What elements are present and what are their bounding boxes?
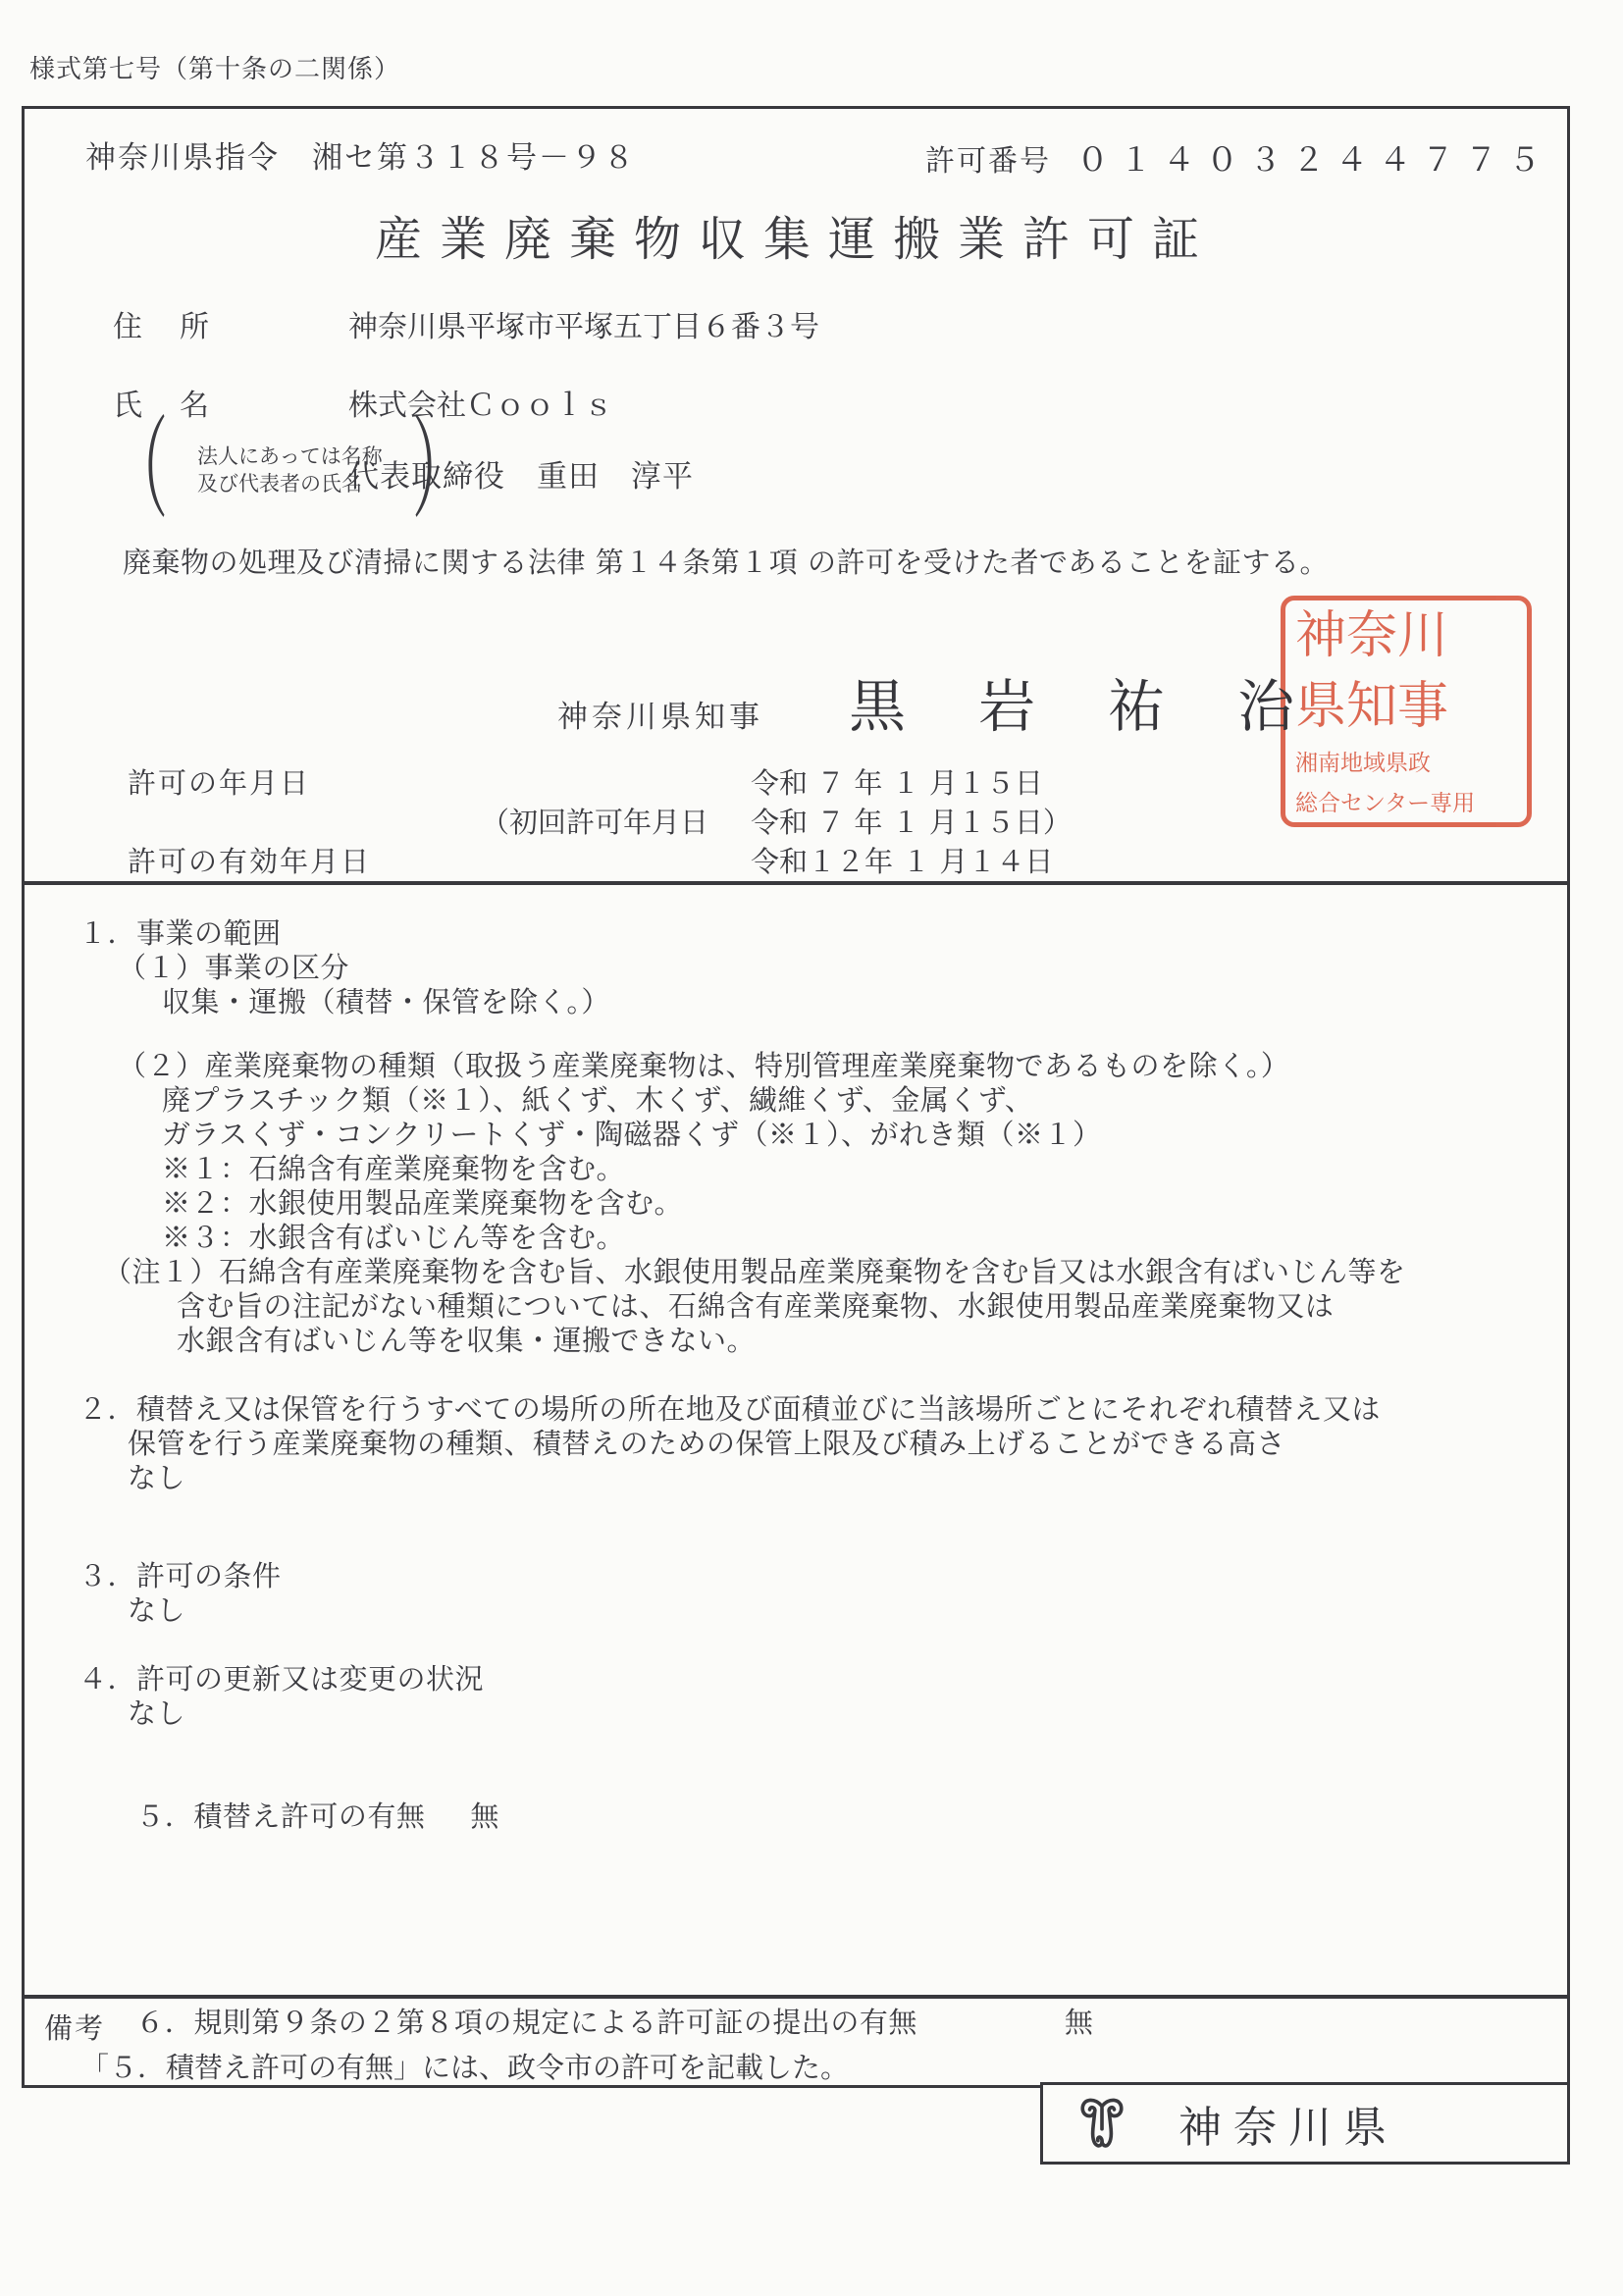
first-issue-date-label: （初回許可年月日 [481,801,708,841]
remarks-section: 備考 「５．積替え許可の有無」には、政令市の許可を記載した。 [22,1995,1570,2089]
conditions-body: １．事業の範囲 （１）事業の区分 収集・運搬（積替・保管を除く。） （２）産業廃… [25,916,1567,2074]
issue-date-label: 許可の年月日 [128,761,310,802]
official-red-seal: 神奈川 県知事 湘南地域県政 総合センター専用 [1281,596,1532,827]
body-line: なし [25,1461,1567,1495]
permit-number-label: 許可番号 [925,136,1051,180]
spacer [25,1628,1567,1662]
certificate-border-box: 神奈川県指令 湘セ第３１８号－９８ 許可番号 ０１４０３２４４７７５ 産業廃棄物… [22,106,1570,2088]
transfer-permit-label: ５．積替え許可の有無 [135,1800,425,1833]
form-number-label: 様式第七号（第十条の二関係） [29,49,400,85]
certificate-title: 産業廃棄物収集運搬業許可証 [25,201,1567,269]
seal-subtext-line2: 総合センター専用 [1295,791,1517,816]
spacer [25,1731,1567,1765]
section-divider-line [22,881,1570,885]
prefecture-footer-box: 神奈川県 [1040,2082,1570,2165]
body-line: なし [25,1696,1567,1731]
first-issue-date-value: 令和 ７ 年 １ 月１５日） [751,801,1072,841]
body-line: 含む旨の注記がない種類については、石綿含有産業廃棄物、水銀使用製品産業廃棄物又は [25,1289,1567,1324]
corporate-note-open-paren: （ [113,415,168,525]
certification-statement: 廃棄物の処理及び清掃に関する法律 第１４条第１項 の許可を受けた者であることを証… [123,541,1329,581]
permit-number-value: ０１４０３２４４７７５ [1076,134,1551,181]
permit-number-row: 許可番号 ０１４０３２４４７７５ [925,134,1551,181]
body-line: なし [25,1593,1567,1628]
governor-title: 神奈川県知事 [557,692,763,736]
valid-date-label: 許可の有効年月日 [128,840,371,880]
body-line: （注１）石綿含有産業廃棄物を含む旨、水銀使用製品産業廃棄物を含む旨又は水銀含有ば… [25,1255,1567,1289]
body-line: ４．許可の更新又は変更の状況 [25,1662,1567,1696]
body-line: ※２：水銀使用製品産業廃棄物を含む。 [25,1186,1567,1221]
spacer [25,1019,1567,1049]
remarks-heading: 備考 [44,2007,105,2047]
spacer [25,1495,1567,1559]
body-line: 廃プラスチック類（※１）、紙くず、木くず、繊維くず、金属くず、 [25,1083,1567,1118]
representative-name: 代表取締役 重田 淳平 [348,451,694,496]
address-value: 神奈川県平塚市平塚五丁目６番３号 [348,302,819,345]
kanagawa-emblem-icon [1076,2095,1127,2152]
seal-subtext-line1: 湘南地域県政 [1295,751,1517,776]
body-line: （２）産業廃棄物の種類（取扱う産業廃棄物は、特別管理産業廃棄物であるものを除く。… [25,1049,1567,1083]
document-page: { "meta": { "form_label": "様式第七号（第十条の二関係… [0,0,1623,2296]
remarks-text: 「５．積替え許可の有無」には、政令市の許可を記載した。 [80,2046,849,2086]
seal-row2: 県知事 [1295,679,1517,735]
seal-row1: 神奈川 [1295,608,1517,664]
spacer [25,1868,1567,1971]
body-line: ※３：水銀含有ばいじん等を含む。 [25,1221,1567,1255]
spacer [25,1358,1567,1392]
body-line: ３．許可の条件 [25,1559,1567,1593]
body-line: 保管を行う産業廃棄物の種類、積替えのための保管上限及び積み上げることができる高さ [25,1427,1567,1461]
governor-name: 黒 岩 祐 治 [849,660,1302,743]
body-line: 水銀含有ばいじん等を収集・運搬できない。 [25,1324,1567,1358]
prefecture-name: 神奈川県 [1178,2092,1398,2155]
body-line: １．事業の範囲 [25,916,1567,951]
transfer-permit-row: ５．積替え許可の有無無 [25,1765,1567,1868]
body-line: ２．積替え又は保管を行うすべての場所の所在地及び面積並びに当該場所ごとにそれぞれ… [25,1392,1567,1427]
transfer-permit-value: 無 [470,1800,499,1833]
body-line: （１）事業の区分 [25,951,1567,985]
body-line: ガラスくず・コンクリートくず・陶磁器くず（※１）、がれき類（※１） [25,1118,1567,1152]
address-label: 住 所 [113,302,213,345]
issue-date-value: 令和 ７ 年 １ 月１５日 [751,761,1043,802]
prefecture-directive-number: 神奈川県指令 湘セ第３１８号－９８ [85,132,636,177]
body-line: 収集・運搬（積替・保管を除く。） [25,985,1567,1019]
valid-date-value: 令和１２年 １ 月１４日 [751,840,1053,880]
body-line: ※１：石綿含有産業廃棄物を含む。 [25,1152,1567,1186]
